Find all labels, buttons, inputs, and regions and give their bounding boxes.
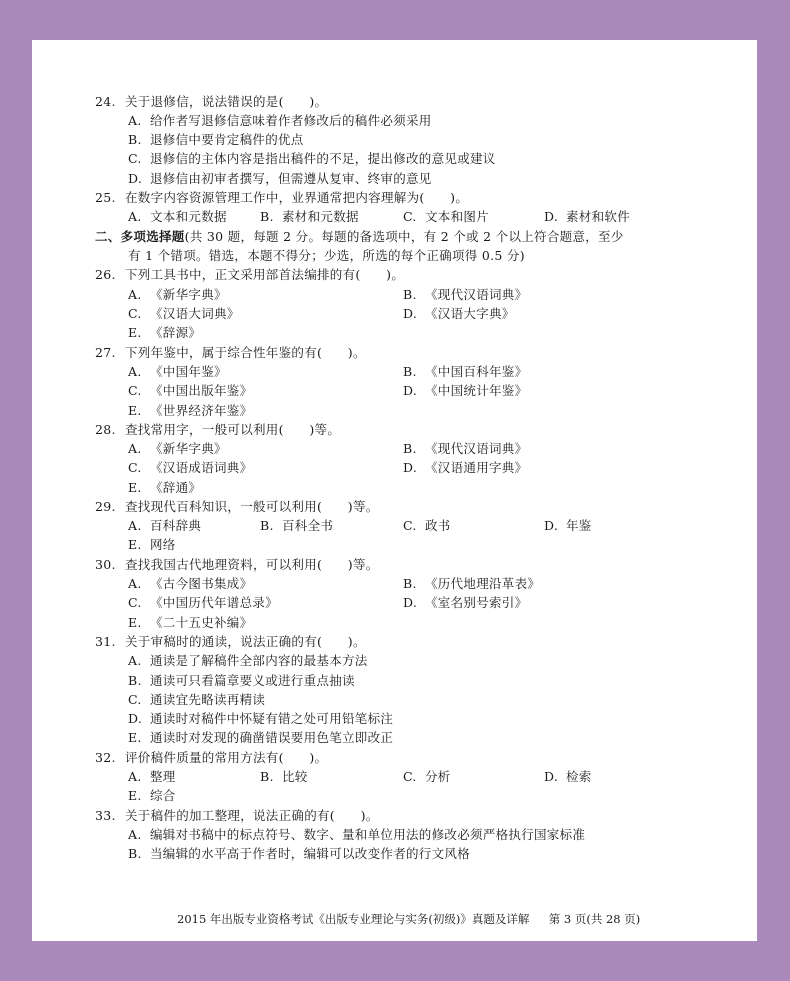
option-label: C.	[403, 516, 425, 535]
footer-title: 2015 年出版专业资格考试《出版专业理论与实务(初级)》真题及详解	[177, 912, 529, 926]
option-label: A.	[128, 516, 150, 535]
option-32-c: C.分析	[403, 767, 451, 786]
option-label: E.	[128, 728, 150, 747]
option-label: A.	[128, 574, 150, 593]
option-31-e: E.通读时对发现的确凿错误要用色笔立即改正	[128, 728, 393, 747]
option-text: 《室名别号索引》	[425, 595, 527, 610]
option-text: 通读是了解稿件全部内容的最基本方法	[150, 653, 368, 668]
option-text: 《古今图书集成》	[150, 576, 252, 591]
option-label: A.	[128, 825, 150, 844]
option-27-c: C.《中国出版年鉴》	[128, 381, 252, 400]
footer-page-info: 第 3 页(共 28 页)	[549, 912, 641, 926]
question-number: 25.	[95, 188, 125, 207]
option-32-b: B.比较	[260, 767, 308, 786]
option-label: E.	[128, 323, 150, 342]
question-number: 27.	[95, 343, 125, 362]
option-label: E.	[128, 478, 150, 497]
option-24-d: D.退修信由初审者撰写，但需遵从复审、终审的意见	[128, 169, 432, 188]
option-label: A.	[128, 439, 150, 458]
option-text: 《中国统计年鉴》	[425, 383, 527, 398]
option-label: B.	[403, 362, 425, 381]
option-label: D.	[544, 516, 566, 535]
option-26-d: D.《汉语大字典》	[403, 304, 515, 323]
question-text: 查找常用字，一般可以利用( )等。	[125, 420, 340, 439]
option-29-d: D.年鉴	[544, 516, 592, 535]
option-label: C.	[128, 304, 150, 323]
option-label: D.	[128, 709, 150, 728]
option-label: B.	[403, 439, 425, 458]
option-text: 《现代汉语词典》	[425, 287, 527, 302]
option-label: B.	[260, 207, 282, 226]
option-text: 通读宜先略读再精读	[150, 692, 265, 707]
question-text: 在数字内容资源管理工作中，业界通常把内容理解为( )。	[125, 188, 468, 207]
section-heading: 二、多项选择题(共 30 题，每题 2 分。每题的备选项中，有 2 个或 2 个…	[95, 227, 624, 246]
option-text: 素材和软件	[566, 209, 630, 224]
option-27-a: A.《中国年鉴》	[128, 362, 227, 381]
option-text: 年鉴	[566, 518, 592, 533]
option-28-b: B.《现代汉语词典》	[403, 439, 527, 458]
option-label: A.	[128, 111, 150, 130]
option-27-d: D.《中国统计年鉴》	[403, 381, 527, 400]
option-label: D.	[403, 458, 425, 477]
option-label: C.	[403, 767, 425, 786]
option-text: 文本和元数据	[150, 209, 227, 224]
option-text: 通读时对稿件中怀疑有错之处可用铅笔标注	[150, 711, 393, 726]
question-number: 26.	[95, 265, 125, 284]
option-label: A.	[128, 362, 150, 381]
option-label: C.	[128, 381, 150, 400]
option-text: 检索	[566, 769, 592, 784]
option-label: C.	[128, 690, 150, 709]
option-text: 政书	[425, 518, 451, 533]
option-text: 给作者写退修信意味着作者修改后的稿件必须采用	[150, 113, 432, 128]
option-28-c: C.《汉语成语词典》	[128, 458, 252, 477]
option-label: D.	[403, 304, 425, 323]
option-29-b: B.百科全书	[260, 516, 333, 535]
option-26-a: A.《新华字典》	[128, 285, 227, 304]
option-24-a: A.给作者写退修信意味着作者修改后的稿件必须采用	[128, 111, 432, 130]
question-text: 评价稿件质量的常用方法有( )。	[125, 748, 327, 767]
option-27-e: E.《世界经济年鉴》	[128, 401, 252, 420]
section-title: 二、多项选择题	[95, 229, 185, 244]
option-31-c: C.通读宜先略读再精读	[128, 690, 265, 709]
option-text: 综合	[150, 788, 176, 803]
option-label: D.	[403, 593, 425, 612]
section-desc: (共 30 题，每题 2 分。每题的备选项中，有 2 个或 2 个以上符合题意，…	[185, 229, 624, 244]
option-30-a: A.《古今图书集成》	[128, 574, 252, 593]
option-label: E.	[128, 535, 150, 554]
option-text: 《辞通》	[150, 480, 201, 495]
option-29-e: E.网络	[128, 535, 176, 554]
option-25-b: B.素材和元数据	[260, 207, 359, 226]
option-28-d: D.《汉语通用字典》	[403, 458, 527, 477]
option-label: E.	[128, 786, 150, 805]
option-text: 《中国历代年谱总录》	[150, 595, 278, 610]
question-number: 30.	[95, 555, 125, 574]
question-number: 24.	[95, 92, 125, 111]
option-text: 《世界经济年鉴》	[150, 403, 252, 418]
option-text: 通读时对发现的确凿错误要用色笔立即改正	[150, 730, 393, 745]
option-text: 整理	[150, 769, 176, 784]
option-31-a: A.通读是了解稿件全部内容的最基本方法	[128, 651, 368, 670]
question-text: 下列工具书中，正文采用部首法编排的有( )。	[125, 265, 404, 284]
option-text: 《汉语通用字典》	[425, 460, 527, 475]
option-label: C.	[128, 458, 150, 477]
page-footer: 2015 年出版专业资格考试《出版专业理论与实务(初级)》真题及详解 第 3 页…	[177, 911, 640, 927]
option-label: B.	[403, 285, 425, 304]
option-text: 《新华字典》	[150, 287, 227, 302]
option-27-b: B.《中国百科年鉴》	[403, 362, 527, 381]
option-32-d: D.检索	[544, 767, 592, 786]
option-label: B.	[128, 671, 150, 690]
option-25-c: C.文本和图片	[403, 207, 489, 226]
option-label: B.	[260, 767, 282, 786]
question-text: 查找我国古代地理资料，可以利用( )等。	[125, 555, 379, 574]
option-text: 《辞源》	[150, 325, 201, 340]
option-26-e: E.《辞源》	[128, 323, 201, 342]
question-text: 关于稿件的加工整理，说法正确的有( )。	[125, 806, 379, 825]
option-28-a: A.《新华字典》	[128, 439, 227, 458]
option-label: D.	[128, 169, 150, 188]
question-number: 29.	[95, 497, 125, 516]
option-text: 分析	[425, 769, 451, 784]
question-text: 下列年鉴中，属于综合性年鉴的有( )。	[125, 343, 366, 362]
option-label: A.	[128, 207, 150, 226]
option-29-a: A.百科辞典	[128, 516, 201, 535]
option-30-c: C.《中国历代年谱总录》	[128, 593, 278, 612]
option-text: 《中国百科年鉴》	[425, 364, 527, 379]
option-label: C.	[403, 207, 425, 226]
option-text: 《汉语大字典》	[425, 306, 515, 321]
option-28-e: E.《辞通》	[128, 478, 201, 497]
option-text: 《现代汉语词典》	[425, 441, 527, 456]
option-text: 《中国年鉴》	[150, 364, 227, 379]
option-32-a: A.整理	[128, 767, 176, 786]
option-text: 《新华字典》	[150, 441, 227, 456]
option-label: B.	[128, 844, 150, 863]
option-30-d: D.《室名别号索引》	[403, 593, 527, 612]
option-26-b: B.《现代汉语词典》	[403, 285, 527, 304]
option-30-e: E.《二十五史补编》	[128, 613, 252, 632]
option-26-c: C.《汉语大词典》	[128, 304, 240, 323]
option-30-b: B.《历代地理沿革表》	[403, 574, 540, 593]
option-label: E.	[128, 613, 150, 632]
option-31-d: D.通读时对稿件中怀疑有错之处可用铅笔标注	[128, 709, 393, 728]
option-text: 《汉语成语词典》	[150, 460, 252, 475]
option-33-b: B.当编辑的水平高于作者时，编辑可以改变作者的行文风格	[128, 844, 470, 863]
option-text: 比较	[282, 769, 308, 784]
option-label: D.	[544, 767, 566, 786]
question-text: 查找现代百科知识，一般可以利用( )等。	[125, 497, 379, 516]
question-number: 33.	[95, 806, 125, 825]
option-text: 百科全书	[282, 518, 333, 533]
option-label: B.	[403, 574, 425, 593]
option-25-a: A.文本和元数据	[128, 207, 227, 226]
exam-page: 24. 关于退修信，说法错误的是( )。 A.给作者写退修信意味着作者修改后的稿…	[32, 40, 757, 941]
option-33-a: A.编辑对书稿中的标点符号、数字、量和单位用法的修改必须严格执行国家标准	[128, 825, 585, 844]
option-label: C.	[128, 593, 150, 612]
option-32-e: E.综合	[128, 786, 176, 805]
option-label: D.	[403, 381, 425, 400]
option-text: 网络	[150, 537, 176, 552]
option-text: 退修信中要肯定稿件的优点	[150, 132, 304, 147]
question-number: 31.	[95, 632, 125, 651]
option-label: B.	[260, 516, 282, 535]
option-text: 百科辞典	[150, 518, 201, 533]
question-number: 28.	[95, 420, 125, 439]
option-label: D.	[544, 207, 566, 226]
option-label: A.	[128, 767, 150, 786]
option-24-b: B.退修信中要肯定稿件的优点	[128, 130, 304, 149]
option-label: C.	[128, 149, 150, 168]
question-text: 关于退修信，说法错误的是( )。	[125, 92, 327, 111]
option-label: E.	[128, 401, 150, 420]
option-text: 《中国出版年鉴》	[150, 383, 252, 398]
option-text: 素材和元数据	[282, 209, 359, 224]
option-25-d: D.素材和软件	[544, 207, 630, 226]
question-text: 关于审稿时的通读，说法正确的有( )。	[125, 632, 366, 651]
option-text: 退修信由初审者撰写，但需遵从复审、终审的意见	[150, 171, 432, 186]
option-text: 《历代地理沿革表》	[425, 576, 540, 591]
option-text: 《二十五史补编》	[150, 615, 252, 630]
option-text: 通读可只看篇章要义或进行重点抽读	[150, 673, 355, 688]
option-24-c: C.退修信的主体内容是指出稿件的不足，提出修改的意见或建议	[128, 149, 496, 168]
option-text: 退修信的主体内容是指出稿件的不足，提出修改的意见或建议	[150, 151, 496, 166]
option-text: 文本和图片	[425, 209, 489, 224]
option-label: A.	[128, 651, 150, 670]
option-label: B.	[128, 130, 150, 149]
question-number: 32.	[95, 748, 125, 767]
option-text: 编辑对书稿中的标点符号、数字、量和单位用法的修改必须严格执行国家标准	[150, 827, 585, 842]
option-29-c: C.政书	[403, 516, 451, 535]
option-text: 当编辑的水平高于作者时，编辑可以改变作者的行文风格	[150, 846, 470, 861]
section-desc-cont: 有 1 个错项。错选，本题不得分；少选，所选的每个正确项得 0.5 分)	[128, 246, 525, 265]
option-31-b: B.通读可只看篇章要义或进行重点抽读	[128, 671, 355, 690]
option-label: A.	[128, 285, 150, 304]
option-text: 《汉语大词典》	[150, 306, 240, 321]
